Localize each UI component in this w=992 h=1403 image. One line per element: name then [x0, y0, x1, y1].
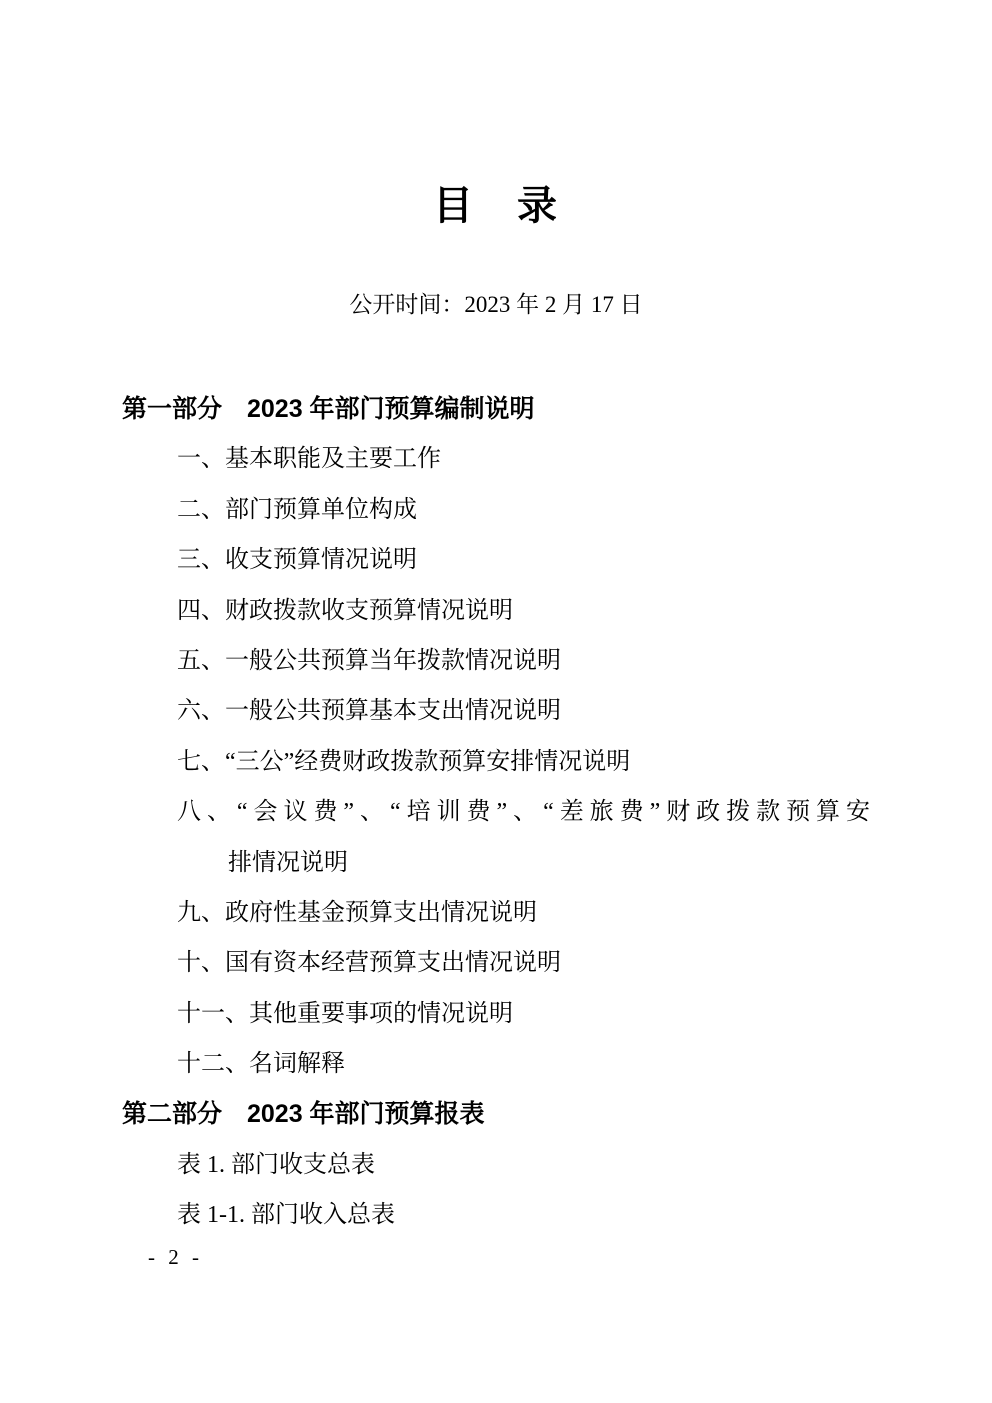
toc-title: 目 录 — [0, 183, 992, 229]
toc-item-08-line1: 八、“会议费”、“培训费”、“差旅费”财政拨款预算安 — [122, 787, 870, 837]
toc-table-1-1: 表 1-1. 部门收入总表 — [122, 1190, 870, 1240]
toc-item-05: 五、一般公共预算当年拨款情况说明 — [122, 636, 870, 686]
toc-item-06: 六、一般公共预算基本支出情况说明 — [122, 686, 870, 736]
toc-item-03: 三、收支预算情况说明 — [122, 535, 870, 585]
page-number: - 2 - — [148, 1243, 203, 1271]
toc-list: 第一部分 2023 年部门预算编制说明 一、基本职能及主要工作 二、部门预算单位… — [122, 384, 870, 1241]
toc-item-04: 四、财政拨款收支预算情况说明 — [122, 586, 870, 636]
document-page: 目 录 公开时间：2023 年 2 月 17 日 第一部分 2023 年部门预算… — [0, 0, 992, 1403]
toc-item-10: 十、国有资本经营预算支出情况说明 — [122, 938, 870, 988]
toc-part1-heading: 第一部分 2023 年部门预算编制说明 — [122, 384, 870, 434]
toc-item-02: 二、部门预算单位构成 — [122, 485, 870, 535]
toc-item-09: 九、政府性基金预算支出情况说明 — [122, 888, 870, 938]
toc-part2-heading: 第二部分 2023 年部门预算报表 — [122, 1089, 870, 1139]
toc-table-1: 表 1. 部门收支总表 — [122, 1140, 870, 1190]
toc-item-11: 十一、其他重要事项的情况说明 — [122, 989, 870, 1039]
toc-item-01: 一、基本职能及主要工作 — [122, 434, 870, 484]
toc-item-07: 七、“三公”经费财政拨款预算安排情况说明 — [122, 737, 870, 787]
toc-item-12: 十二、名词解释 — [122, 1039, 870, 1089]
toc-item-08-line2: 排情况说明 — [122, 838, 870, 888]
publish-time: 公开时间：2023 年 2 月 17 日 — [0, 290, 992, 320]
